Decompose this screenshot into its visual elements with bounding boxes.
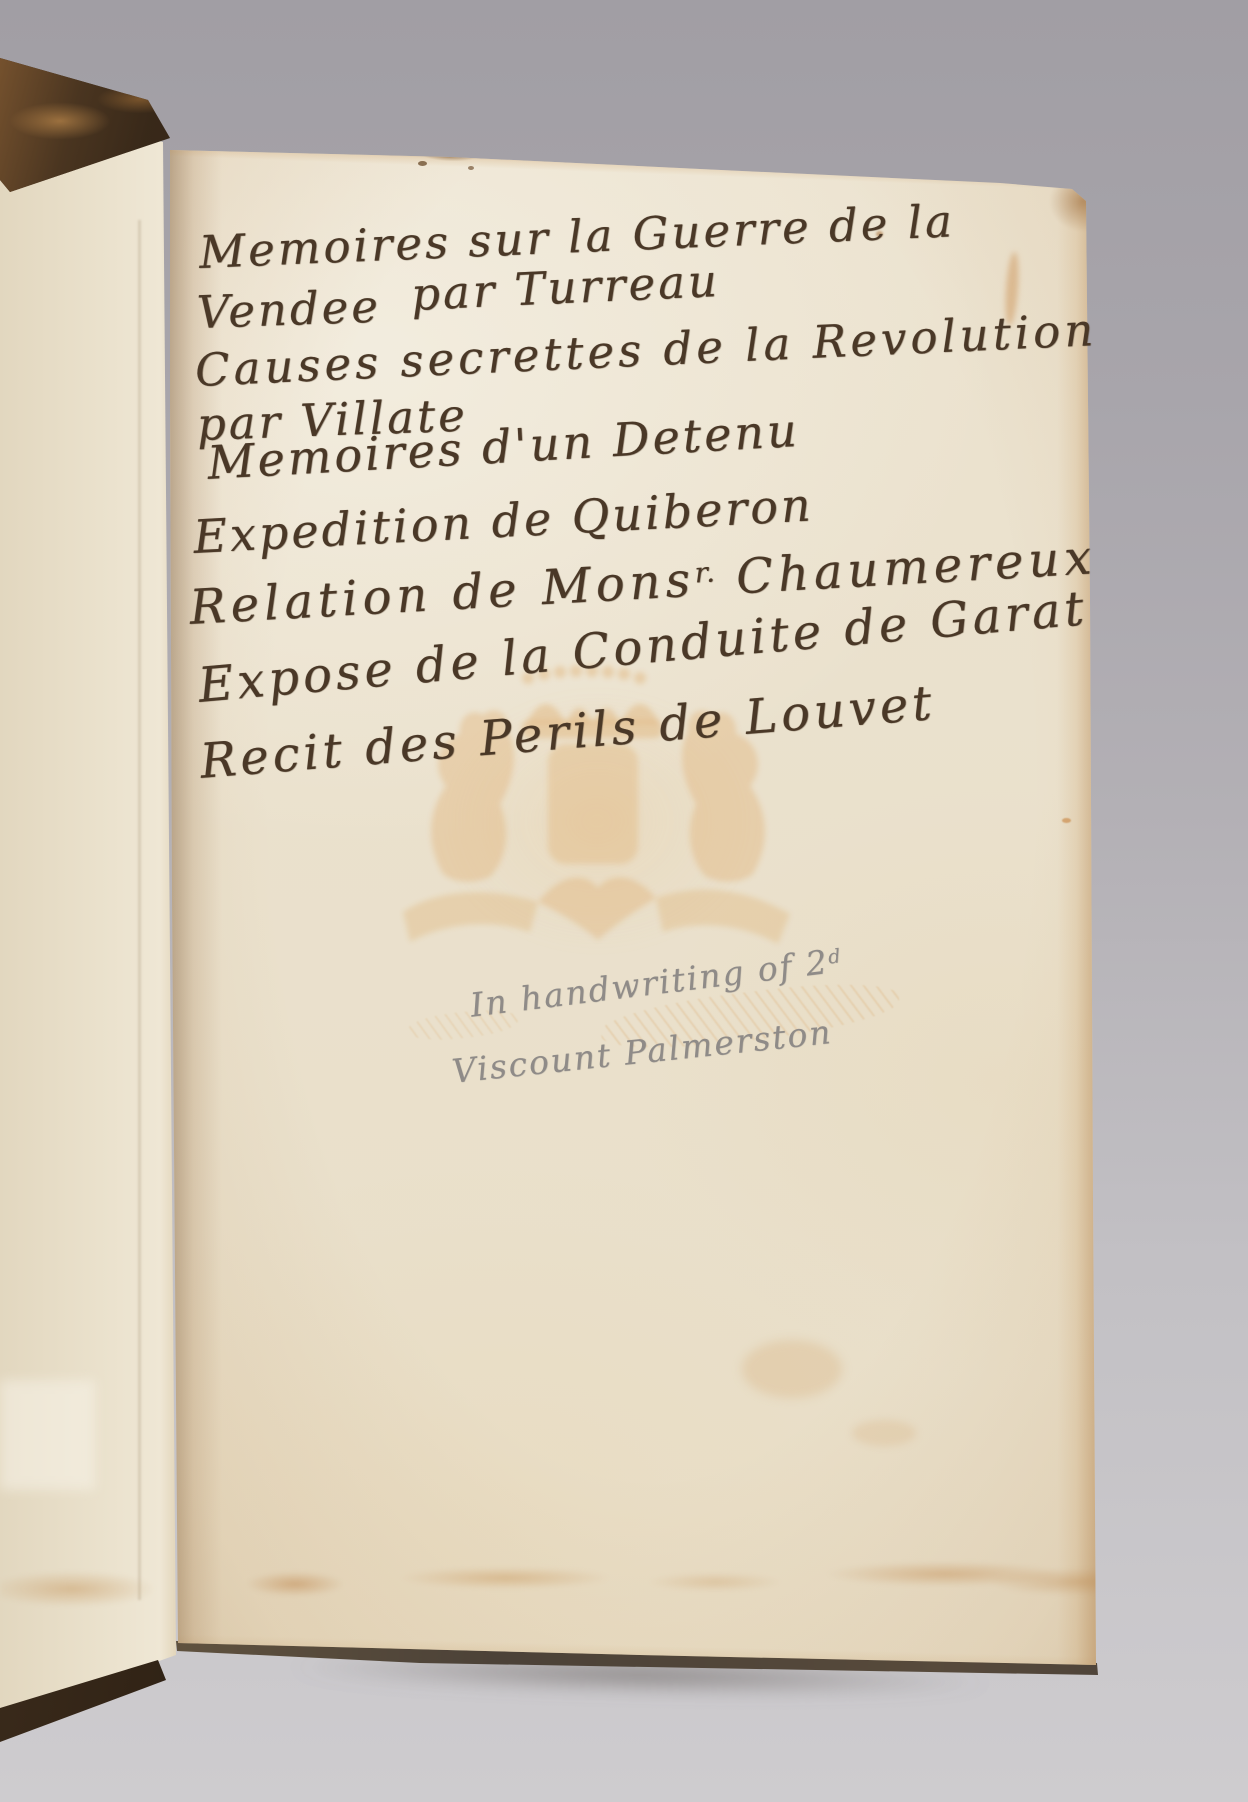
superscript: r. [694,555,717,589]
edge-speck [468,166,474,170]
facing-page-stain [0,1545,180,1625]
facing-page-crease [138,220,141,1600]
facing-page-light-patch [0,1380,95,1490]
handwritten-line: Vendee [196,280,382,339]
superscript: d [827,944,843,968]
edge-speck [418,161,427,166]
photo-backdrop: Memoires sur la Guerre de la Vendee par … [0,0,1248,1802]
stain-blob [852,1420,916,1446]
stain-blob [742,1340,842,1398]
foxing-dot [1062,818,1071,823]
